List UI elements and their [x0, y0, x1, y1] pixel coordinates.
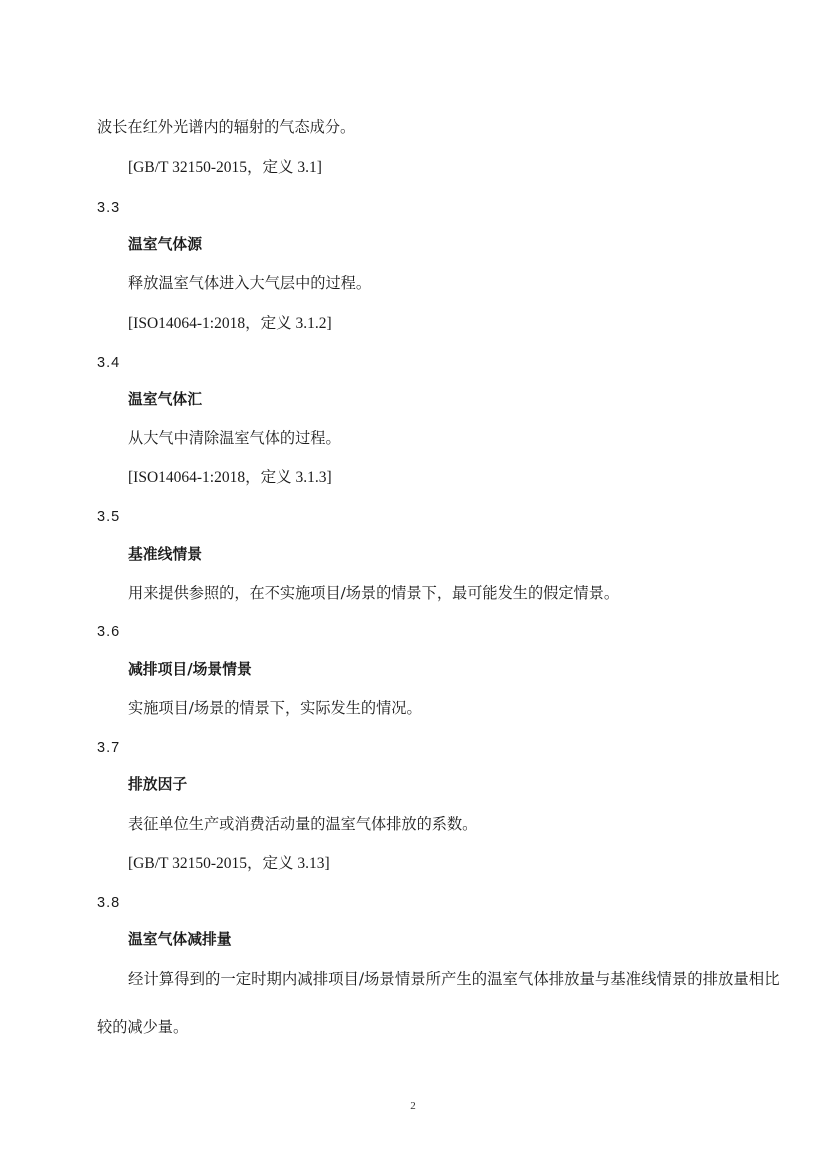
term-heading: 基准线情景	[128, 545, 202, 565]
reference: [ISO14064-1:2018，定义 3.1.3]	[128, 468, 332, 488]
definition: 实施项目/场景的情景下，实际发生的情况。	[128, 698, 422, 718]
continuation-line: 波长在红外光谱内的辐射的气态成分。	[97, 117, 355, 137]
clause-number: 3.8	[97, 893, 120, 913]
definition: 释放温室气体进入大气层中的过程。	[128, 273, 371, 293]
page-number: 2	[0, 1100, 826, 1112]
definition-continuation: 较的减少量。	[97, 1017, 188, 1037]
clause-number: 3.3	[97, 198, 120, 218]
definition: 用来提供参照的，在不实施项目/场景的情景下，最可能发生的假定情景。	[128, 583, 619, 603]
definition: 经计算得到的一定时期内减排项目/场景情景所产生的温室气体排放量与基准线情景的排放…	[128, 969, 780, 989]
definition: 从大气中清除温室气体的过程。	[128, 428, 341, 448]
term-heading: 温室气体减排量	[128, 930, 232, 950]
reference: [GB/T 32150-2015，定义 3.13]	[128, 854, 330, 874]
term-heading: 排放因子	[128, 775, 187, 795]
clause-number: 3.4	[97, 353, 120, 373]
clause-number: 3.7	[97, 738, 120, 758]
reference: [GB/T 32150-2015，定义 3.1]	[128, 158, 322, 178]
term-heading: 温室气体汇	[128, 390, 202, 410]
reference: [ISO14064-1:2018，定义 3.1.2]	[128, 314, 332, 334]
term-heading: 减排项目/场景情景	[128, 660, 252, 680]
definition: 表征单位生产或消费活动量的温室气体排放的系数。	[128, 814, 477, 834]
term-heading: 温室气体源	[128, 235, 202, 255]
clause-number: 3.5	[97, 507, 120, 527]
clause-number: 3.6	[97, 622, 120, 642]
